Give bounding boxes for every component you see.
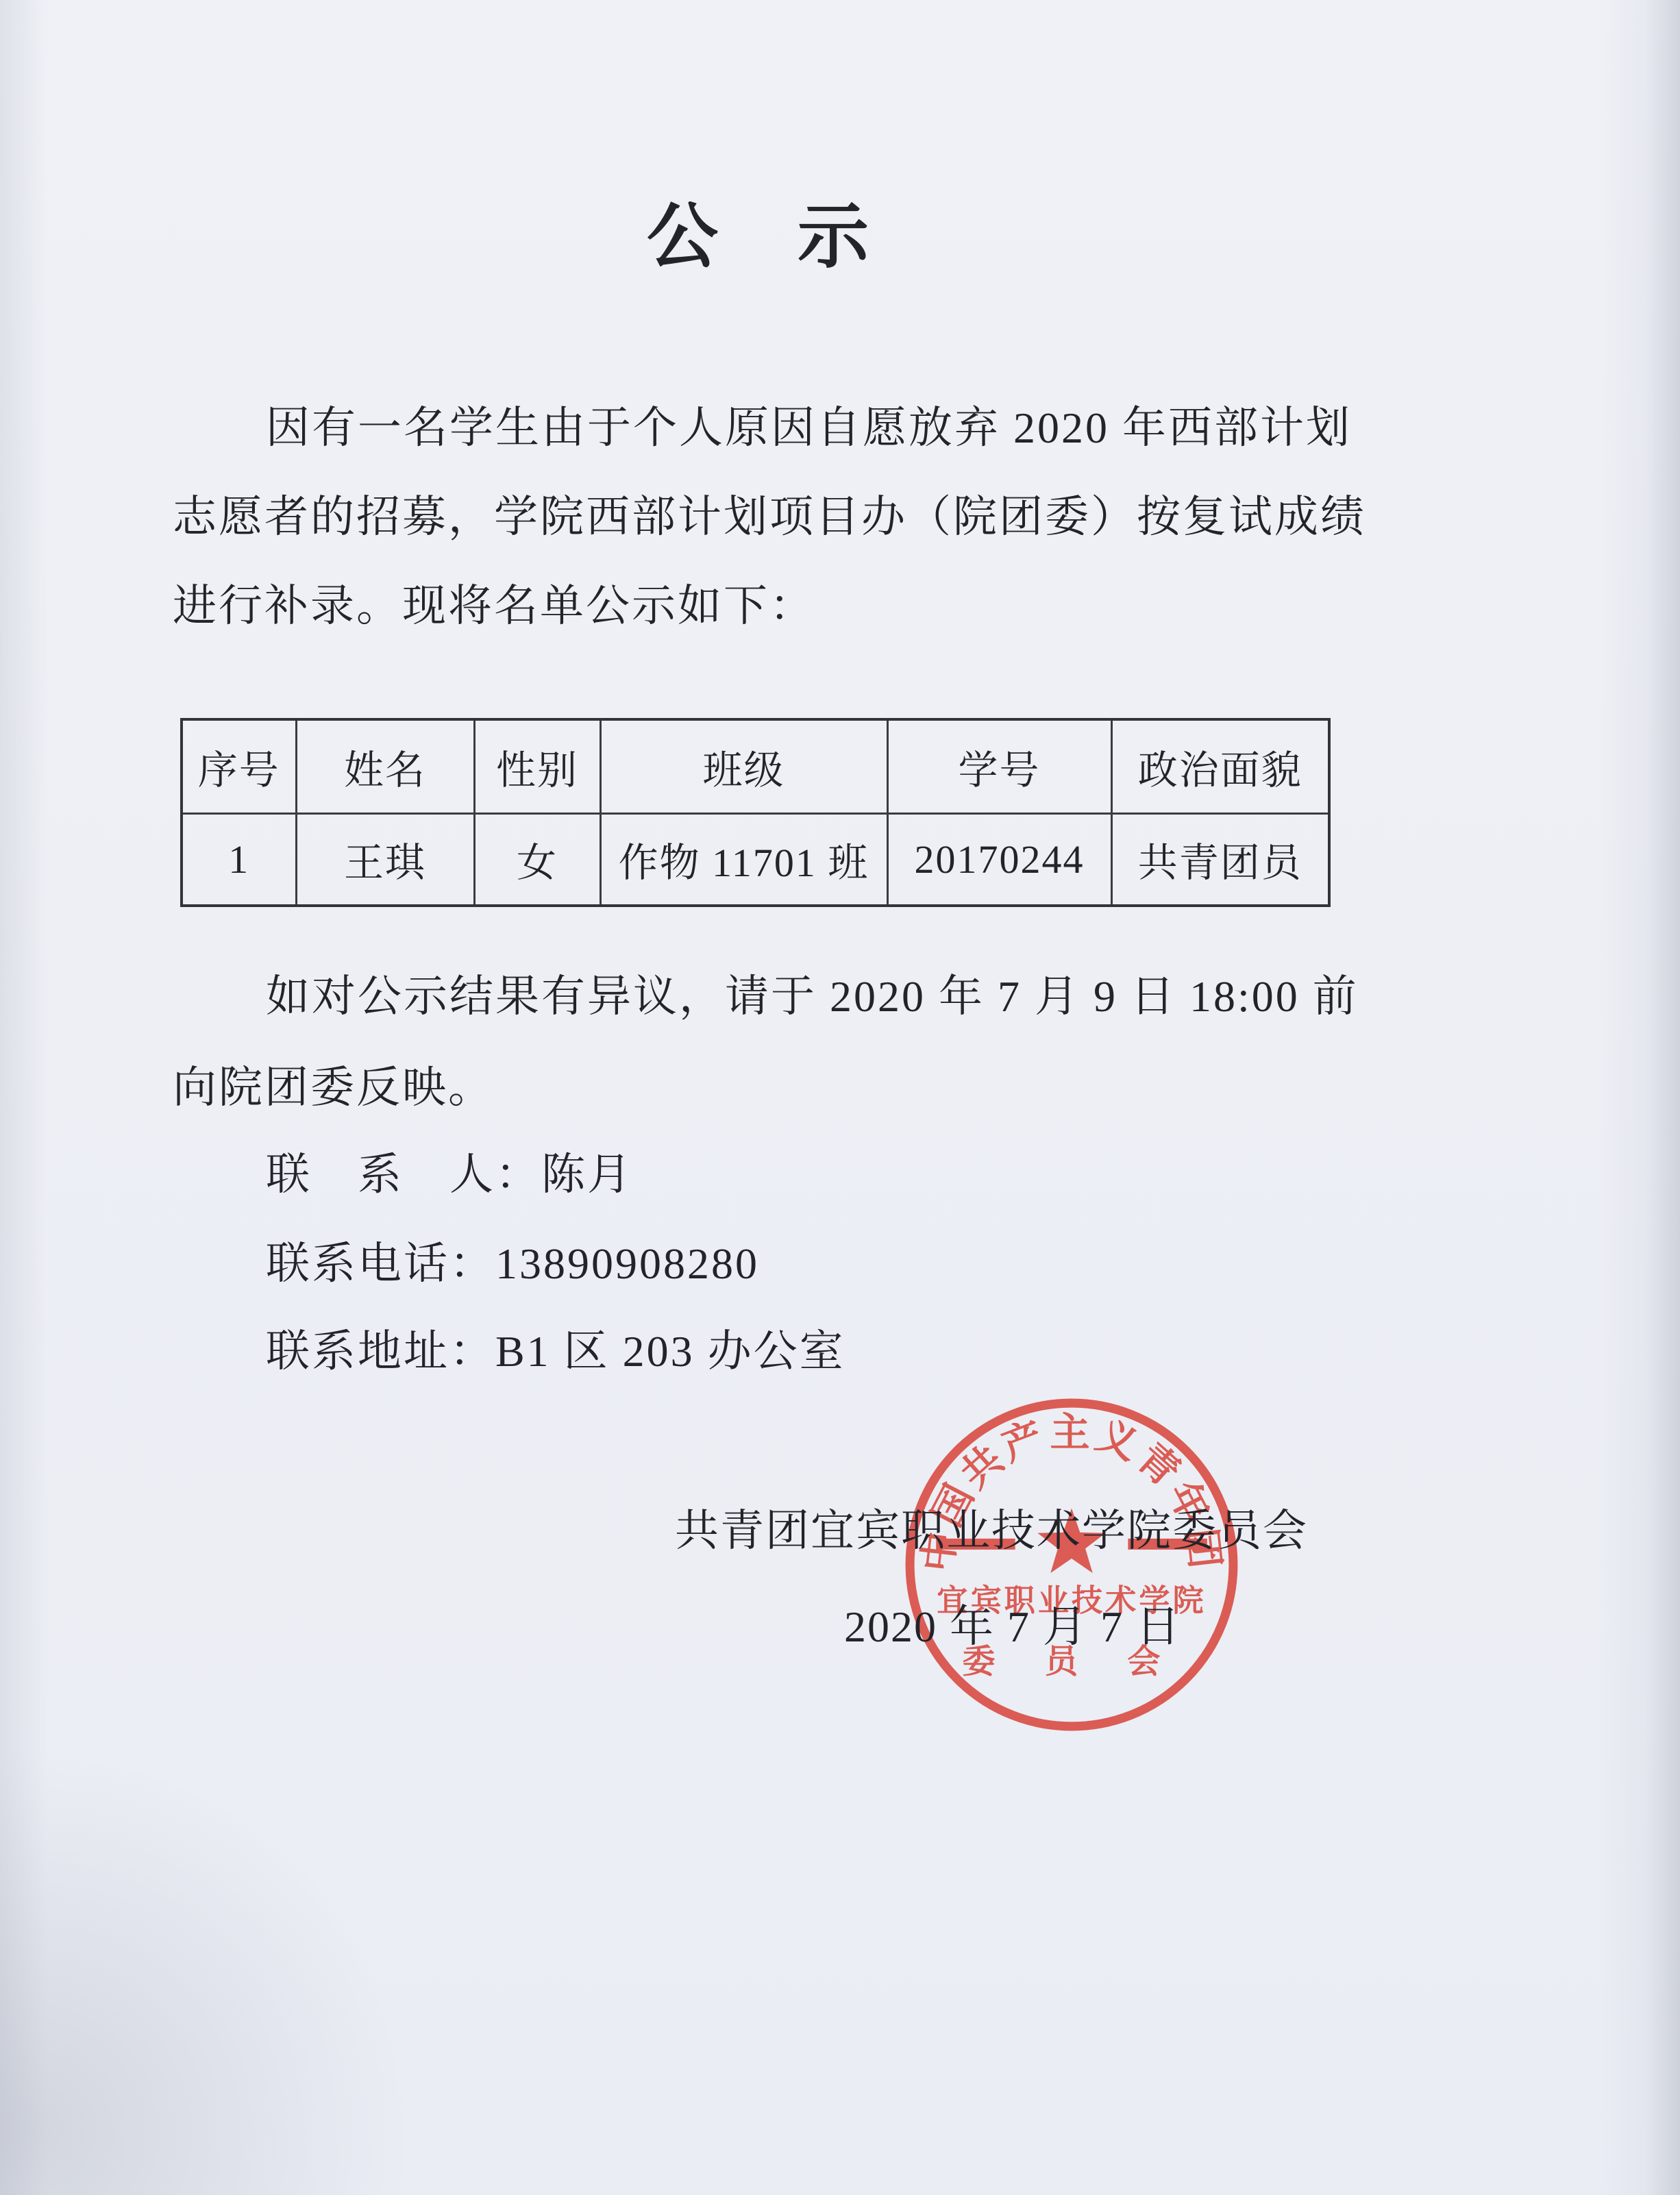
contact-person-line: 联 系 人：陈月 bbox=[266, 1153, 633, 1197]
header-cell-name: 姓名 bbox=[296, 719, 474, 813]
header-cell-class: 班级 bbox=[600, 719, 887, 813]
roster-table-wrapper: 序号 姓名 性别 班级 学号 政治面貌 1 王琪 女 作物 11701 班 20… bbox=[180, 718, 1331, 907]
signature-line: 共青团宜宾职业技术学院委员会 bbox=[675, 1509, 1308, 1553]
header-cell-student-id: 学号 bbox=[887, 719, 1111, 813]
date-line: 2020 年 7 月 7 日 bbox=[844, 1605, 1181, 1649]
paragraph-1-line-1: 因有一名学生由于个人原因自愿放弃 2020 年西部计划 bbox=[266, 406, 1352, 450]
cell-index: 1 bbox=[182, 813, 296, 906]
header-cell-gender: 性别 bbox=[474, 719, 600, 813]
contact-phone-line: 联系电话：13890908280 bbox=[266, 1242, 759, 1286]
cell-gender: 女 bbox=[474, 813, 600, 906]
official-seal: 中国共产主义青年团 宜宾职业技术学院 委 员 会 bbox=[896, 1389, 1247, 1740]
roster-table: 序号 姓名 性别 班级 学号 政治面貌 1 王琪 女 作物 11701 班 20… bbox=[180, 718, 1331, 907]
cell-student-id: 20170244 bbox=[887, 813, 1111, 906]
page-title: 公 示 bbox=[647, 202, 873, 273]
cell-political-status: 共青团员 bbox=[1111, 813, 1329, 906]
cell-name: 王琪 bbox=[296, 813, 474, 906]
paragraph-2-line-1: 如对公示结果有异议，请于 2020 年 7 月 9 日 18:00 前 bbox=[266, 975, 1359, 1019]
document-page: 公 示 因有一名学生由于个人原因自愿放弃 2020 年西部计划 志愿者的招募，学… bbox=[0, 0, 1680, 2195]
table-row: 1 王琪 女 作物 11701 班 20170244 共青团员 bbox=[182, 813, 1329, 906]
contact-address-line: 联系地址：B1 区 203 办公室 bbox=[266, 1330, 845, 1374]
header-cell-index: 序号 bbox=[182, 719, 296, 813]
cell-class: 作物 11701 班 bbox=[600, 813, 887, 906]
header-cell-political-status: 政治面貌 bbox=[1111, 719, 1329, 813]
paragraph-2-line-2: 向院团委反映。 bbox=[173, 1066, 494, 1110]
paragraph-1-line-2: 志愿者的招募，学院西部计划项目办（院团委）按复试成绩 bbox=[173, 495, 1366, 539]
table-header-row: 序号 姓名 性别 班级 学号 政治面貌 bbox=[182, 719, 1329, 813]
paragraph-1-line-3: 进行补录。现将名单公示如下： bbox=[173, 584, 815, 628]
